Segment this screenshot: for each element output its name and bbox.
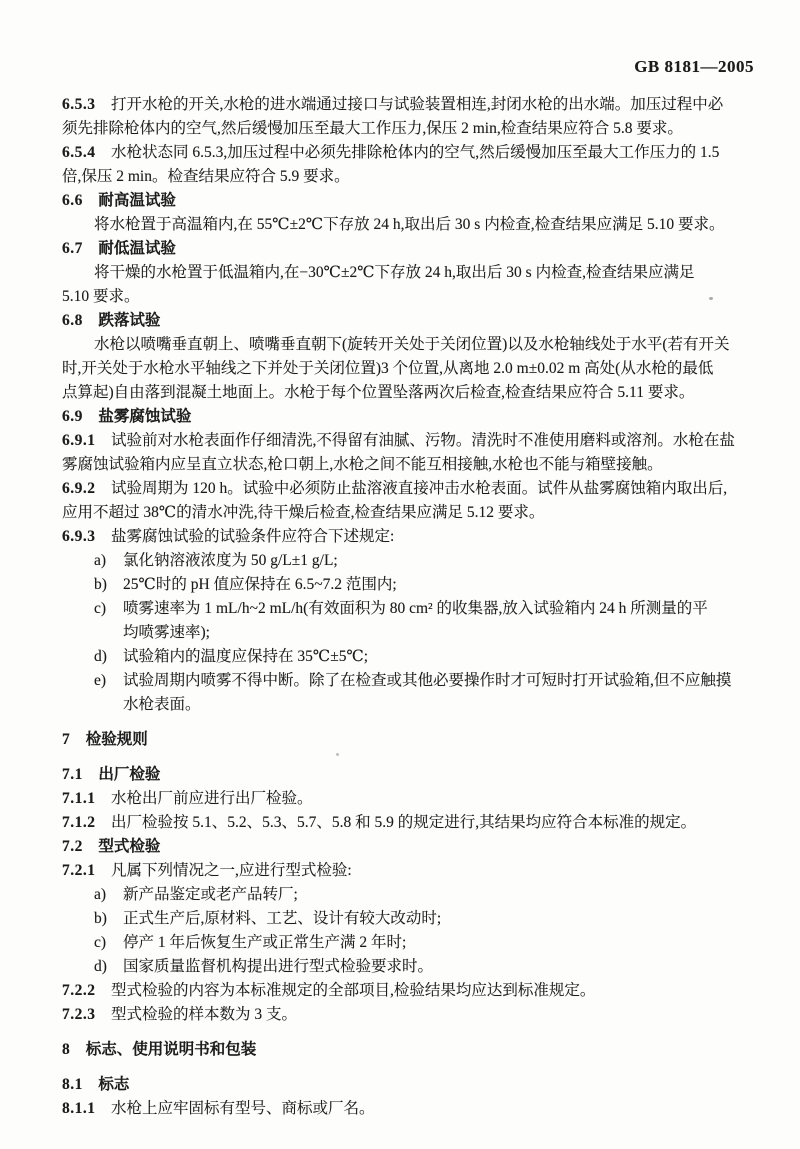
clause-number: 7.2.1	[62, 862, 96, 879]
line-text: 出厂检验	[83, 766, 161, 783]
clause-heading: 7.1 出厂检验	[62, 763, 762, 787]
text-line: 7.2.1 凡属下列情况之一,应进行型式检验:	[62, 859, 762, 883]
clause-number: 7.2	[62, 838, 83, 855]
list-marker: b)	[94, 907, 123, 931]
line-text: 喷雾速率为 1 mL/h~2 mL/h(有效面积为 80 cm² 的收集器,放入…	[123, 600, 708, 617]
clause-number: 6.9.1	[62, 432, 96, 449]
text-line: 7.1.1 水枪出厂前应进行出厂检验。	[62, 787, 762, 811]
line-text: 点算起)自由落到混凝土地面上。水枪于每个位置坠落两次后检查,检查结果应符合 5.…	[62, 384, 694, 401]
text-line: 水枪以喷嘴垂直朝上、喷嘴垂直朝下(旋转开关处于关闭位置)以及水枪轴线处于水平(若…	[62, 333, 762, 357]
list-item-line: 均喷雾速率);	[62, 621, 762, 645]
line-text: 水枪状态同 6.5.3,加压过程中必须先排除枪体内的空气,然后缓慢加压至最大工作…	[96, 144, 720, 161]
list-marker: d)	[94, 955, 123, 979]
document-body: 6.5.3 打开水枪的开关,水枪的进水端通过接口与试验装置相连,封闭水枪的出水端…	[62, 93, 762, 1121]
list-item-line: d)国家质量监督机构提出进行型式检验要求时。	[62, 955, 762, 979]
line-text: 盐雾腐蚀试验	[83, 408, 192, 425]
line-text: 标志、使用说明书和包装	[70, 1041, 256, 1058]
text-line: 将干燥的水枪置于低温箱内,在−30℃±2℃下存放 24 h,取出后 30 s 内…	[62, 261, 762, 285]
list-marker: a)	[94, 549, 123, 573]
text-line: 6.9.3 盐雾腐蚀试验的试验条件应符合下述规定:	[62, 525, 762, 549]
line-text: 标志	[83, 1076, 130, 1093]
clause-number: 6.9	[62, 408, 83, 425]
list-marker: c)	[94, 597, 123, 621]
line-text: 均喷雾速率);	[123, 624, 210, 641]
list-item-line: 水枪表面。	[62, 693, 762, 717]
line-text: 试验周期内喷雾不得中断。除了在检查或其他必要操作时才可短时打开试验箱,但不应触摸	[123, 672, 731, 689]
line-text: 水枪以喷嘴垂直朝上、喷嘴垂直朝下(旋转开关处于关闭位置)以及水枪轴线处于水平(若…	[94, 336, 730, 353]
list-item-line: b)正式生产后,原材料、工艺、设计有较大改动时;	[62, 907, 762, 931]
clause-number: 6.7	[62, 240, 83, 257]
clause-number: 8	[62, 1041, 70, 1058]
text-line: 须先排除枪体内的空气,然后缓慢加压至最大工作压力,保压 2 min,检查结果应符…	[62, 117, 762, 141]
text-line: 点算起)自由落到混凝土地面上。水枪于每个位置坠落两次后检查,检查结果应符合 5.…	[62, 381, 762, 405]
scan-artifact	[709, 297, 713, 300]
document-page: GB 8181—2005 6.5.3 打开水枪的开关,水枪的进水端通过接口与试验…	[0, 0, 800, 1149]
text-line: 8.1.1 水枪上应牢固标有型号、商标或厂名。	[62, 1097, 762, 1121]
text-line: 时,开关处于水枪水平轴线之下并处于关闭位置)3 个位置,从离地 2.0 m±0.…	[62, 357, 762, 381]
line-text: 新产品鉴定或老产品转厂;	[123, 886, 298, 903]
clause-number: 7	[62, 731, 70, 748]
text-line: 雾腐蚀试验箱内应呈直立状态,枪口朝上,水枪之间不能互相接触,水枪也不能与箱壁接触…	[62, 453, 762, 477]
line-text: 25℃时的 pH 值应保持在 6.5~7.2 范围内;	[123, 576, 397, 593]
line-text: 氯化钠溶液浓度为 50 g/L±1 g/L;	[123, 552, 338, 569]
list-item-line: c)停产 1 年后恢复生产或正常生产满 2 年时;	[62, 931, 762, 955]
clause-heading: 6.8 跌落试验	[62, 309, 762, 333]
chapter-heading: 7 检验规则	[62, 728, 762, 752]
text-line: 倍,保压 2 min。检查结果应符合 5.9 要求。	[62, 165, 762, 189]
line-text: 水枪上应牢固标有型号、商标或厂名。	[96, 1100, 375, 1117]
clause-number: 6.6	[62, 192, 83, 209]
text-line: 7.1.2 出厂检验按 5.1、5.2、5.3、5.7、5.8 和 5.9 的规…	[62, 811, 762, 835]
clause-heading: 7.2 型式检验	[62, 835, 762, 859]
line-text: 倍,保压 2 min。检查结果应符合 5.9 要求。	[62, 168, 350, 185]
text-line: 将水枪置于高温箱内,在 55℃±2℃下存放 24 h,取出后 30 s 内检查,…	[62, 213, 762, 237]
clause-number: 7.1.2	[62, 814, 96, 831]
line-text: 雾腐蚀试验箱内应呈直立状态,枪口朝上,水枪之间不能互相接触,水枪也不能与箱壁接触…	[62, 456, 663, 473]
text-line: 6.9.2 试验周期为 120 h。试验中必须防止盐溶液直接冲击水枪表面。试件从…	[62, 477, 762, 501]
line-text: 耐高温试验	[83, 192, 176, 209]
clause-number: 7.1	[62, 766, 83, 783]
clause-number: 7.1.1	[62, 790, 96, 807]
text-line: 7.2.2 型式检验的内容为本标准规定的全部项目,检验结果均应达到标准规定。	[62, 979, 762, 1003]
line-text: 凡属下列情况之一,应进行型式检验:	[96, 862, 352, 879]
clause-number: 6.5.4	[62, 144, 96, 161]
list-marker: b)	[94, 573, 123, 597]
clause-number: 6.8	[62, 312, 83, 329]
text-line: 6.9.1 试验前对水枪表面作仔细清洗,不得留有油腻、污物。清洗时不准使用磨料或…	[62, 429, 762, 453]
clause-heading: 6.7 耐低温试验	[62, 237, 762, 261]
line-text: 型式检验	[83, 838, 161, 855]
line-text: 打开水枪的开关,水枪的进水端通过接口与试验装置相连,封闭水枪的出水端。加压过程中…	[96, 96, 724, 113]
scan-artifact	[336, 753, 339, 756]
clause-heading: 6.9 盐雾腐蚀试验	[62, 405, 762, 429]
clause-number: 7.2.2	[62, 982, 96, 999]
line-text: 将干燥的水枪置于低温箱内,在−30℃±2℃下存放 24 h,取出后 30 s 内…	[94, 264, 694, 281]
line-text: 跌落试验	[83, 312, 161, 329]
list-item-line: d)试验箱内的温度应保持在 35℃±5℃;	[62, 645, 762, 669]
line-text: 水枪出厂前应进行出厂检验。	[96, 790, 313, 807]
clause-number: 6.9.3	[62, 528, 96, 545]
list-item-line: c)喷雾速率为 1 mL/h~2 mL/h(有效面积为 80 cm² 的收集器,…	[62, 597, 762, 621]
list-item-line: b)25℃时的 pH 值应保持在 6.5~7.2 范围内;	[62, 573, 762, 597]
line-text: 须先排除枪体内的空气,然后缓慢加压至最大工作压力,保压 2 min,检查结果应符…	[62, 120, 683, 137]
line-text: 试验周期为 120 h。试验中必须防止盐溶液直接冲击水枪表面。试件从盐雾腐蚀箱内…	[96, 480, 728, 497]
text-line: 应用不超过 38℃的清水冲洗,待干燥后检查,检查结果应满足 5.12 要求。	[62, 501, 762, 525]
text-line: 6.5.3 打开水枪的开关,水枪的进水端通过接口与试验装置相连,封闭水枪的出水端…	[62, 93, 762, 117]
list-item-line: a)新产品鉴定或老产品转厂;	[62, 883, 762, 907]
clause-number: 7.2.3	[62, 1006, 96, 1023]
chapter-heading: 8 标志、使用说明书和包装	[62, 1038, 762, 1062]
line-text: 试验箱内的温度应保持在 35℃±5℃;	[123, 648, 368, 665]
list-item-line: e)试验周期内喷雾不得中断。除了在检查或其他必要操作时才可短时打开试验箱,但不应…	[62, 669, 762, 693]
line-text: 型式检验的样本数为 3 支。	[96, 1006, 298, 1023]
line-text: 国家质量监督机构提出进行型式检验要求时。	[123, 958, 433, 975]
list-marker: d)	[94, 645, 123, 669]
clause-number: 6.5.3	[62, 96, 96, 113]
line-text: 耐低温试验	[83, 240, 176, 257]
clause-number: 8.1.1	[62, 1100, 96, 1117]
line-text: 时,开关处于水枪水平轴线之下并处于关闭位置)3 个位置,从离地 2.0 m±0.…	[62, 360, 713, 377]
list-marker: a)	[94, 883, 123, 907]
clause-number: 6.9.2	[62, 480, 96, 497]
line-text: 盐雾腐蚀试验的试验条件应符合下述规定:	[96, 528, 395, 545]
list-marker: c)	[94, 931, 123, 955]
line-text: 水枪表面。	[123, 696, 201, 713]
line-text: 将水枪置于高温箱内,在 55℃±2℃下存放 24 h,取出后 30 s 内检查,…	[94, 216, 724, 233]
clause-heading: 6.6 耐高温试验	[62, 189, 762, 213]
line-text: 型式检验的内容为本标准规定的全部项目,检验结果均应达到标准规定。	[96, 982, 596, 999]
line-text: 出厂检验按 5.1、5.2、5.3、5.7、5.8 和 5.9 的规定进行,其结…	[96, 814, 697, 831]
text-line: 7.2.3 型式检验的样本数为 3 支。	[62, 1003, 762, 1027]
line-text: 检验规则	[70, 731, 148, 748]
line-text: 停产 1 年后恢复生产或正常生产满 2 年时;	[123, 934, 406, 951]
list-marker: e)	[94, 669, 123, 693]
clause-number: 8.1	[62, 1076, 83, 1093]
line-text: 正式生产后,原材料、工艺、设计有较大改动时;	[123, 910, 441, 927]
line-text: 试验前对水枪表面作仔细清洗,不得留有油腻、污物。清洗时不准使用磨料或溶剂。水枪在…	[96, 432, 735, 449]
text-line: 5.10 要求。	[62, 285, 762, 309]
clause-heading: 8.1 标志	[62, 1073, 762, 1097]
list-item-line: a)氯化钠溶液浓度为 50 g/L±1 g/L;	[62, 549, 762, 573]
text-line: 6.5.4 水枪状态同 6.5.3,加压过程中必须先排除枪体内的空气,然后缓慢加…	[62, 141, 762, 165]
standard-number: GB 8181—2005	[634, 57, 754, 77]
line-text: 应用不超过 38℃的清水冲洗,待干燥后检查,检查结果应满足 5.12 要求。	[62, 504, 544, 521]
line-text: 5.10 要求。	[62, 288, 140, 305]
